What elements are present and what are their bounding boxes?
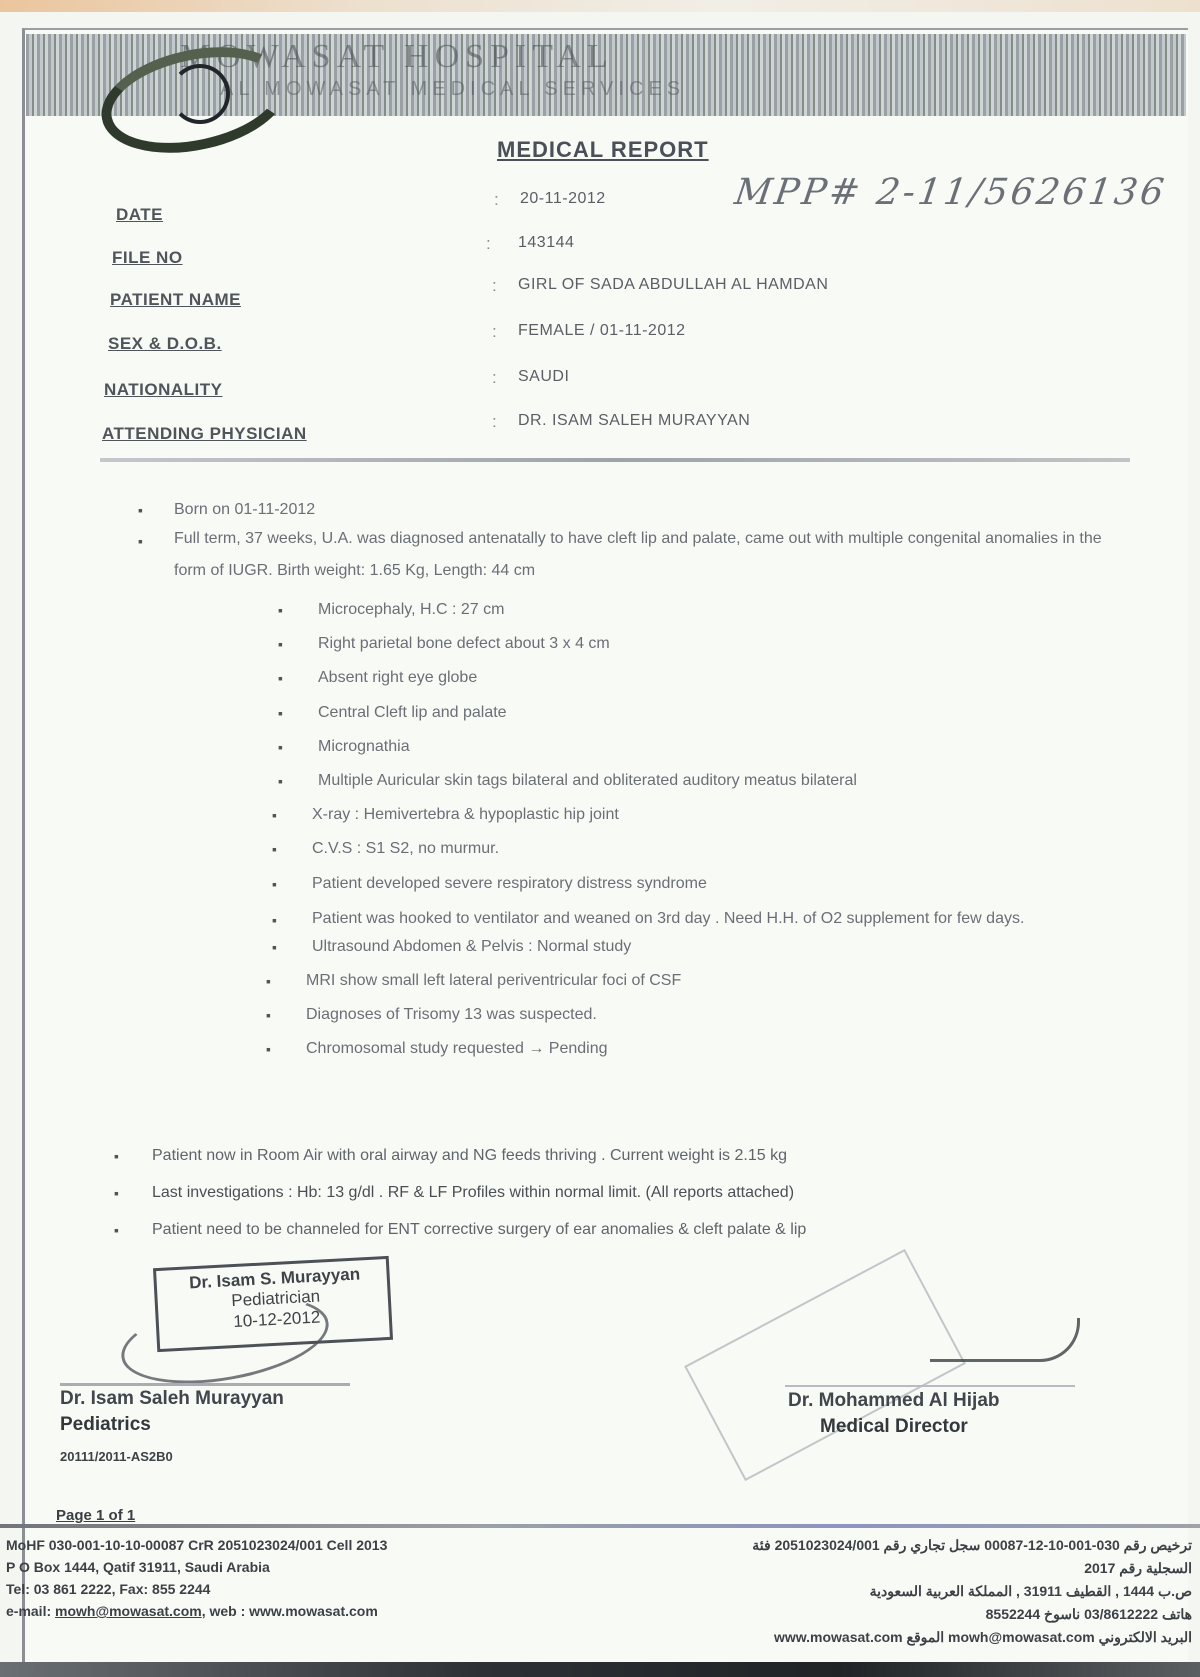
field-value-sex-dob: FEMALE / 01-11-2012: [518, 322, 686, 340]
right-signatory-name: Dr. Mohammed Al Hijab: [788, 1390, 1000, 1412]
list-item: Ultrasound Abdomen & Pelvis : Normal stu…: [312, 937, 1138, 956]
footer-line: هاتف 03/8612222 ناسوخ 8552244: [752, 1603, 1192, 1626]
field-value-attending-physician: DR. ISAM SALEH MURAYYAN: [518, 412, 750, 430]
summary-list: Patient now in Room Air with oral airway…: [152, 1146, 1092, 1258]
right-signatory-role: Medical Director: [820, 1416, 968, 1438]
page-number: Page 1 of 1: [56, 1507, 135, 1524]
footer-line: السجلية رقم 2017: [752, 1557, 1192, 1580]
footer-contact-english: MoHF 030-001-10-10-00087 CrR 2051023024/…: [6, 1534, 387, 1622]
field-label-sex-dob: SEX & D.O.B.: [108, 334, 222, 354]
patient-info: DATE : 20-11-2012 FILE NO : 143144 PATIE…: [108, 0, 1108, 460]
list-item: Patient developed severe respiratory dis…: [312, 874, 1138, 893]
footer-line: ص.ب 1444 , القطيف 31911 , المملكة العربي…: [752, 1580, 1192, 1603]
list-item: Patient now in Room Air with oral airway…: [152, 1146, 1092, 1165]
footer-line-email-web: e-mail: mowh@mowasat.com, web : www.mowa…: [6, 1600, 387, 1622]
list-item: Last investigations : Hb: 13 g/dl . RF &…: [152, 1183, 1092, 1202]
list-item: Absent right eye globe: [318, 668, 1138, 687]
findings-list: Microcephaly, H.C : 27 cmRight parietal …: [318, 600, 1138, 1073]
list-item: Microcephaly, H.C : 27 cm: [318, 600, 1138, 619]
field-label-nationality: NATIONALITY: [104, 380, 223, 400]
list-item: C.V.S : S1 S2, no murmur.: [312, 839, 1138, 858]
field-value-date: 20-11-2012: [520, 190, 606, 208]
list-item: Diagnoses of Trisomy 13 was suspected.: [306, 1005, 1138, 1024]
email-label: e-mail:: [6, 1603, 51, 1619]
footer-line: البريد الالكتروني mowh@mowasat.com الموق…: [752, 1626, 1192, 1649]
colon: :: [492, 276, 497, 296]
colon: :: [492, 322, 497, 342]
list-item: Right parietal bone defect about 3 x 4 c…: [318, 634, 1138, 653]
left-signatory-role: Pediatrics: [60, 1414, 151, 1436]
left-signatory-code: 20111/2011-AS2B0: [60, 1449, 173, 1464]
field-value-file-no: 143144: [518, 234, 574, 252]
bottom-edge: [0, 1662, 1200, 1677]
left-signatory-name: Dr. Isam Saleh Murayyan: [60, 1388, 284, 1410]
director-signature: [930, 1318, 1080, 1362]
footer-line: P O Box 1444, Qatif 31911, Saudi Arabia: [6, 1556, 387, 1578]
field-label-date: DATE: [116, 205, 163, 225]
footer-divider: [0, 1524, 1200, 1528]
field-value-patient-name: GIRL OF SADA ABDULLAH AL HAMDAN: [518, 276, 828, 294]
footer-line: MoHF 030-001-10-10-00087 CrR 2051023024/…: [6, 1534, 387, 1556]
field-label-attending-physician: ATTENDING PHYSICIAN: [102, 424, 307, 444]
intro-list: Born on 01-11-2012 Full term, 37 weeks, …: [174, 500, 1134, 593]
footer-line: Tel: 03 861 2222, Fax: 855 2244: [6, 1578, 387, 1600]
footer-contact-arabic: ترخيص رقم 030-001-10-12-00087 سجل تجاري …: [752, 1534, 1192, 1649]
list-item: Central Cleft lip and palate: [318, 703, 1138, 722]
list-item: Multiple Auricular skin tags bilateral a…: [318, 771, 1138, 790]
footer-line: ترخيص رقم 030-001-10-12-00087 سجل تجاري …: [752, 1534, 1192, 1557]
list-item: Micrognathia: [318, 737, 1138, 756]
colon: :: [494, 190, 499, 210]
list-item: Chromosomal study requested → Pending: [306, 1039, 1138, 1058]
signature-line-right: [785, 1385, 1075, 1387]
web-label: , web :: [202, 1603, 249, 1619]
field-label-patient-name: PATIENT NAME: [110, 290, 241, 310]
list-item: Patient was hooked to ventilator and wea…: [312, 900, 1138, 937]
list-item: Born on 01-11-2012: [174, 500, 1134, 519]
list-item: Patient need to be channeled for ENT cor…: [152, 1220, 1092, 1239]
physician-stamp: Dr. Isam S. Murayyan Pediatrician 10-12-…: [153, 1256, 393, 1352]
colon: :: [492, 368, 497, 388]
colon: :: [492, 412, 497, 432]
colon: :: [486, 234, 491, 254]
field-value-nationality: SAUDI: [518, 368, 569, 386]
signature-line-left: [60, 1383, 350, 1386]
list-item: X-ray : Hemivertebra & hypoplastic hip j…: [312, 805, 1138, 824]
email-link[interactable]: mowh@mowasat.com: [55, 1603, 202, 1619]
list-item: MRI show small left lateral periventricu…: [306, 971, 1138, 990]
field-label-file-no: FILE NO: [112, 248, 183, 268]
header-divider: [100, 458, 1130, 462]
list-item: Full term, 37 weeks, U.A. was diagnosed …: [174, 523, 1134, 587]
web-link[interactable]: www.mowasat.com: [249, 1603, 378, 1619]
